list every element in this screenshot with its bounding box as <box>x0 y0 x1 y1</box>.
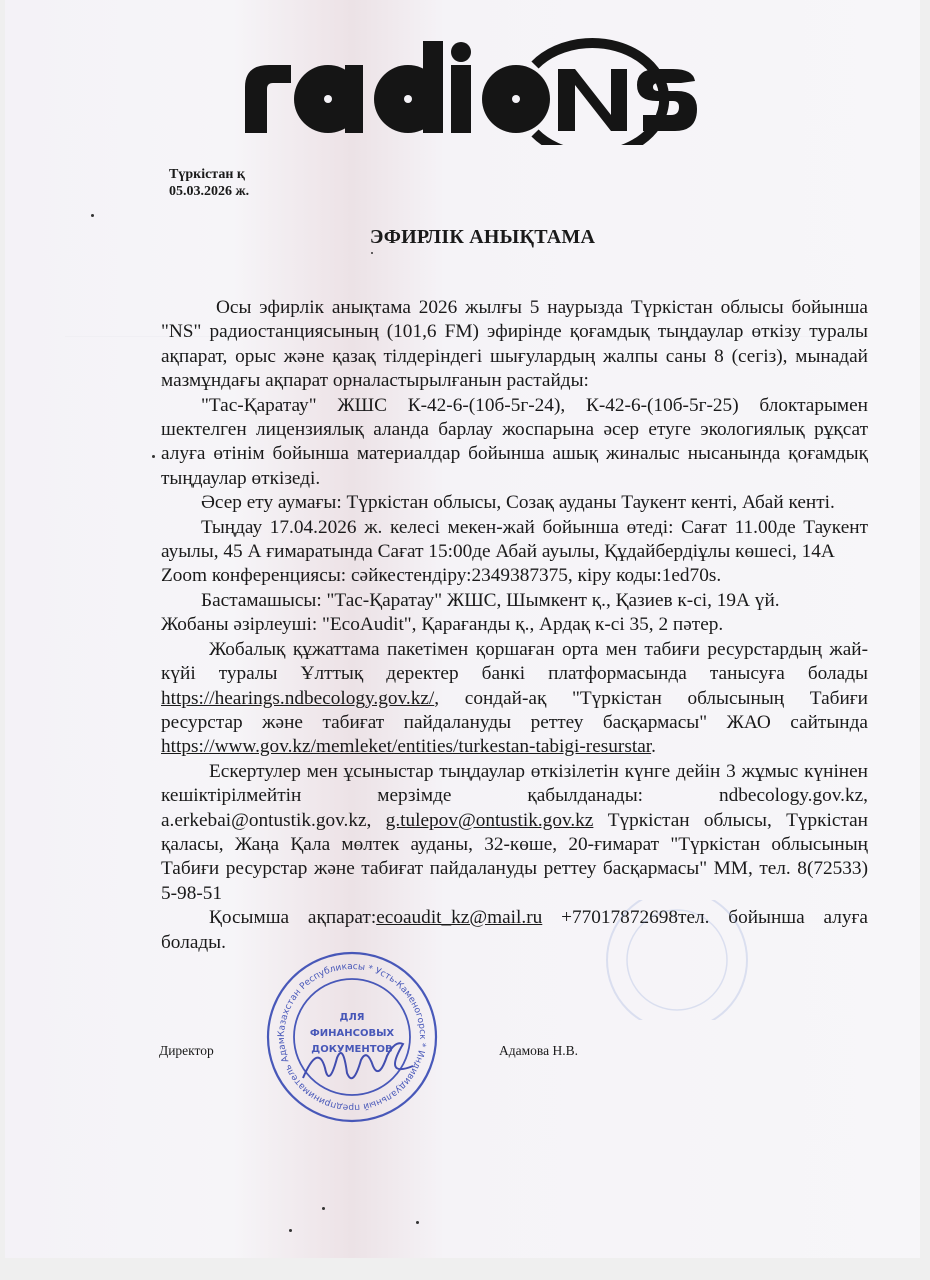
paragraph-hearing-subject: "Тас-Қаратау" ЖШС К-42-6-(10б-5г-24), К-… <box>161 394 868 492</box>
paper-speck <box>289 1229 292 1232</box>
header-location-date: Түркістан қ 05.03.2026 ж. <box>169 166 249 200</box>
paper-speck <box>152 455 155 458</box>
hearings-link[interactable]: https://hearings.ndbecology.gov.kz/ <box>161 688 434 709</box>
header-city: Түркістан қ <box>169 166 249 183</box>
document-title: ЭФИРЛІК АНЫҚТАМА <box>5 226 920 249</box>
paper-speck <box>416 1221 419 1224</box>
paper-speck <box>91 214 94 217</box>
paragraph-impact-area: Әсер ету аумағы: Түркістан облысы, Созақ… <box>161 491 868 515</box>
document-page: Түркістан қ 05.03.2026 ж. ЭФИРЛІК АНЫҚТА… <box>5 0 920 1258</box>
signer-role: Директор <box>159 1043 214 1059</box>
radio-ns-logo <box>233 25 733 145</box>
additional-text-a: Қосымша ақпарат: <box>209 907 376 928</box>
paragraph-intro: Осы эфирлік анықтама 2026 жылғы 5 наурыз… <box>161 296 868 394</box>
paragraph-comments: Ескертулер мен ұсыныстар тыңдаулар өткіз… <box>161 760 868 906</box>
stamp-line-3: ДОКУМЕНТОВ <box>311 1044 392 1055</box>
official-stamp: Казахстан Республикасы * Усть-Каменогорс… <box>263 948 441 1126</box>
tulepov-email-link[interactable]: g.tulepov@ontustik.gov.kz <box>386 810 594 831</box>
paragraph-initiator: Бастамашысы: "Тас-Қаратау" ЖШС, Шымкент … <box>161 589 868 613</box>
paragraph-hearing-date-location: Тыңдау 17.04.2026 ж. келесі мекен-жай бо… <box>161 516 868 565</box>
stamp-line-1: ДЛЯ <box>340 1012 365 1023</box>
ecoaudit-email-link[interactable]: ecoaudit_kz@mail.ru <box>376 907 542 928</box>
document-body: Осы эфирлік анықтама 2026 жылғы 5 наурыз… <box>161 296 868 955</box>
doc-text-a: Жобалық құжаттама пакетімен қоршаған орт… <box>161 639 868 684</box>
gov-kz-link[interactable]: https://www.gov.kz/memleket/entities/tur… <box>161 736 651 757</box>
signer-name: Адамова Н.В. <box>499 1043 578 1059</box>
doc-text-c: . <box>651 736 656 757</box>
paragraph-zoom: Zoom конференциясы: сәйкестендіру:234938… <box>161 564 868 588</box>
stamp-line-2: ФИНАНСОВЫХ <box>310 1028 395 1039</box>
paper-speck <box>322 1207 325 1210</box>
paragraph-documentation: Жобалық құжаттама пакетімен қоршаған орт… <box>161 638 868 760</box>
header-date: 05.03.2026 ж. <box>169 183 249 200</box>
paragraph-developer: Жобаны әзірлеуші: "EcoAudit", Қарағанды … <box>161 613 868 637</box>
paper-speck <box>371 252 373 254</box>
bleed-through-stamp <box>597 900 757 1020</box>
